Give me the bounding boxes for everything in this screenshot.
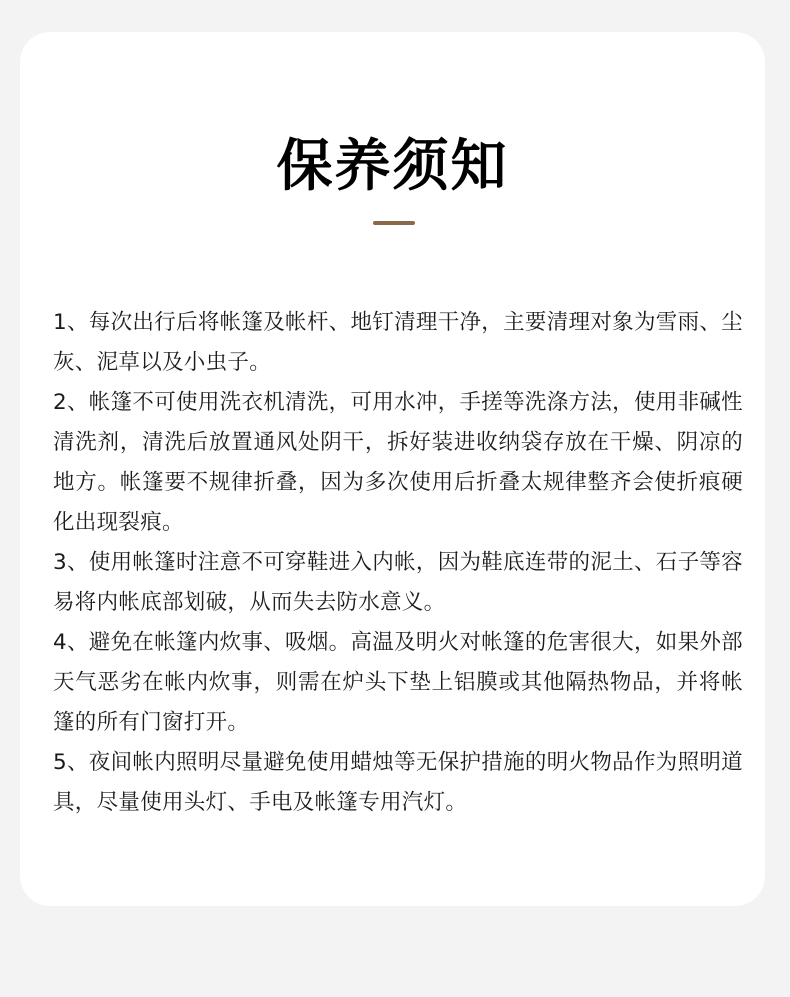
instruction-item-3: 3、使用帐篷时注意不可穿鞋进入内帐，因为鞋底连带的泥土、石子等容易将内帐底部划破… xyxy=(53,543,743,623)
instruction-item-1: 1、每次出行后将帐篷及帐杆、地钉清理干净，主要清理对象为雪雨、尘灰、泥草以及小虫… xyxy=(53,303,743,383)
instructions-list: 1、每次出行后将帐篷及帐杆、地钉清理干净，主要清理对象为雪雨、尘灰、泥草以及小虫… xyxy=(53,303,743,823)
care-instructions-card: 保养须知 1、每次出行后将帐篷及帐杆、地钉清理干净，主要清理对象为雪雨、尘灰、泥… xyxy=(20,32,765,906)
instruction-item-4: 4、避免在帐篷内炊事、吸烟。高温及明火对帐篷的危害很大，如果外部天气恶劣在帐内炊… xyxy=(53,623,743,743)
title-divider xyxy=(373,221,415,225)
instruction-item-2: 2、帐篷不可使用洗衣机清洗，可用水冲，手搓等洗涤方法，使用非碱性清洗剂，清洗后放… xyxy=(53,383,743,543)
instruction-item-5: 5、夜间帐内照明尽量避免使用蜡烛等无保护措施的明火物品作为照明道具，尽量使用头灯… xyxy=(53,743,743,823)
page-title: 保养须知 xyxy=(20,132,765,202)
